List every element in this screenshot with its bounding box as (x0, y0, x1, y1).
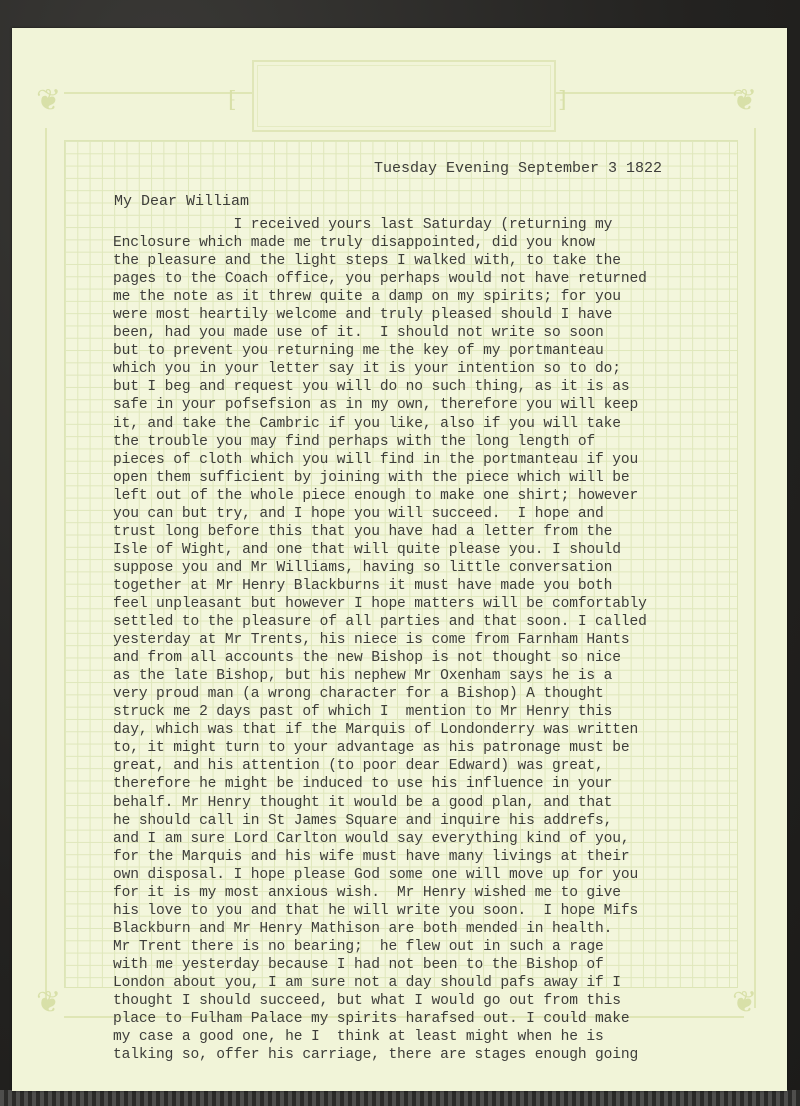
salutation: My Dear William (114, 193, 249, 210)
letter-line: you can but try, and I hope you will suc… (113, 505, 647, 523)
letter-line: trust long before this that you have had… (113, 523, 647, 541)
letter-line: Blackburn and Mr Henry Mathison are both… (113, 920, 647, 938)
letter-line: great, and his attention (to poor dear E… (113, 757, 647, 775)
corner-flourish-icon: ❦ (732, 988, 757, 1018)
letter-line: the trouble you may find perhaps with th… (113, 433, 647, 451)
letter-line: settled to the pleasure of all parties a… (113, 613, 647, 631)
letter-line: which you in your letter say it is your … (113, 360, 647, 378)
film-strip-edge (0, 1090, 800, 1106)
letter-line: his love to you and that he will write y… (113, 902, 647, 920)
letter-line: and from all accounts the new Bishop is … (113, 649, 647, 667)
letter-line: the pleasure and the light steps I walke… (113, 252, 647, 270)
header-title-box (252, 60, 556, 132)
letter-line: Isle of Wight, and one that will quite p… (113, 541, 647, 559)
corner-flourish-icon: ❦ (36, 988, 61, 1018)
frame-right-rule (754, 128, 756, 1008)
letter-line: thought I should succeed, but what I wou… (113, 992, 647, 1010)
frame-top-left-rule (64, 92, 254, 94)
letter-line: behalf. Mr Henry thought it would be a g… (113, 794, 647, 812)
letter-line: for the Marquis and his wife must have m… (113, 848, 647, 866)
letter-line: open them sufficient by joining with the… (113, 469, 647, 487)
title-box-flourish-icon: ⁆ (558, 90, 567, 112)
corner-flourish-icon: ❦ (732, 86, 757, 116)
letter-line: London about you, I am sure not a day sh… (113, 974, 647, 992)
corner-flourish-icon: ❦ (36, 86, 61, 116)
letter-line: talking so, offer his carriage, there ar… (113, 1046, 647, 1064)
letter-line: with me yesterday because I had not been… (113, 956, 647, 974)
letter-line: but to prevent you returning me the key … (113, 342, 647, 360)
letter-line: Enclosure which made me truly disappoint… (113, 234, 647, 252)
letter-line: yesterday at Mr Trents, his niece is com… (113, 631, 647, 649)
letter-line: pages to the Coach office, you perhaps w… (113, 270, 647, 288)
letter-line: very proud man (a wrong character for a … (113, 685, 647, 703)
letter-line: suppose you and Mr Williams, having so l… (113, 559, 647, 577)
letter-body: I received yours last Saturday (returnin… (113, 216, 647, 1064)
letter-line: I received yours last Saturday (returnin… (113, 216, 647, 234)
letter-line: were most heartily welcome and truly ple… (113, 306, 647, 324)
date-line: Tuesday Evening September 3 1822 (374, 160, 662, 177)
letter-line: own disposal. I hope please God some one… (113, 866, 647, 884)
letter-line: and I am sure Lord Carlton would say eve… (113, 830, 647, 848)
frame-top-right-rule (552, 92, 742, 94)
letter-line: as the late Bishop, but his nephew Mr Ox… (113, 667, 647, 685)
title-box-flourish-icon: ⁅ (228, 90, 237, 112)
letter-line: to, it might turn to your advantage as h… (113, 739, 647, 757)
letter-line: therefore he might be induced to use his… (113, 775, 647, 793)
letter-line: but I beg and request you will do no suc… (113, 378, 647, 396)
letter-line: left out of the whole piece enough to ma… (113, 487, 647, 505)
letter-line: struck me 2 days past of which I mention… (113, 703, 647, 721)
letter-line: pieces of cloth which you will find in t… (113, 451, 647, 469)
letter-line: together at Mr Henry Blackburns it must … (113, 577, 647, 595)
letter-line: Mr Trent there is no bearing; he flew ou… (113, 938, 647, 956)
letter-line: he should call in St James Square and in… (113, 812, 647, 830)
letter-line: day, which was that if the Marquis of Lo… (113, 721, 647, 739)
letter-line: place to Fulham Palace my spirits harafs… (113, 1010, 647, 1028)
frame-left-rule (45, 128, 47, 1008)
letter-line: for it is my most anxious wish. Mr Henry… (113, 884, 647, 902)
letter-line: me the note as it threw quite a damp on … (113, 288, 647, 306)
letter-line: my case a good one, he I think at least … (113, 1028, 647, 1046)
letter-line: been, had you made use of it. I should n… (113, 324, 647, 342)
letter-line: it, and take the Cambric if you like, al… (113, 415, 647, 433)
letter-line: feel unpleasant but however I hope matte… (113, 595, 647, 613)
letter-line: safe in your pofsefsion as in my own, th… (113, 396, 647, 414)
